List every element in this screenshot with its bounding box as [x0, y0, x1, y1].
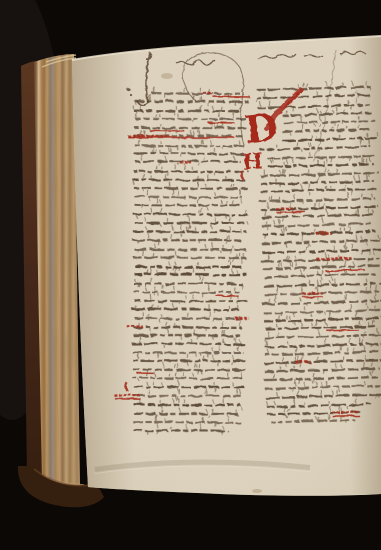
- rubric-word: [235, 318, 249, 319]
- stain-bottom: [252, 489, 262, 493]
- text-line: [132, 369, 245, 370]
- stain-top: [161, 73, 173, 79]
- rubric-underline: [332, 415, 359, 416]
- rubric-underline: [327, 330, 359, 331]
- text-line: [135, 266, 242, 267]
- red-droplet-2: [287, 103, 289, 105]
- text-line: [133, 360, 246, 361]
- red-droplet-1: [296, 92, 299, 95]
- text-line: [134, 387, 245, 388]
- initial-h: H: [241, 148, 263, 175]
- text-line: [133, 214, 248, 215]
- text-line: [133, 180, 245, 181]
- text-line: [133, 231, 247, 232]
- text-line: [132, 343, 245, 344]
- rubric-underline: [276, 212, 305, 213]
- rubric-word: [180, 162, 192, 163]
- initial-d: D: [243, 104, 280, 152]
- text-line: [134, 413, 240, 414]
- text-line: [134, 135, 243, 136]
- text-line: [134, 404, 241, 405]
- text-line: [152, 93, 244, 94]
- ink-blot-2: [130, 94, 132, 96]
- text-line: [135, 161, 241, 162]
- text-line: [134, 327, 242, 328]
- text-line: [132, 309, 240, 310]
- text-line: [135, 145, 243, 146]
- rubric-strike: [128, 137, 235, 138]
- rubric-underline: [303, 297, 323, 298]
- text-line: [132, 240, 241, 241]
- text-line: [134, 292, 240, 293]
- photo-stage: D H: [0, 0, 381, 550]
- text-line: [134, 300, 247, 301]
- ink-blot-1: [126, 87, 129, 90]
- manuscript-photo: D H: [0, 0, 381, 550]
